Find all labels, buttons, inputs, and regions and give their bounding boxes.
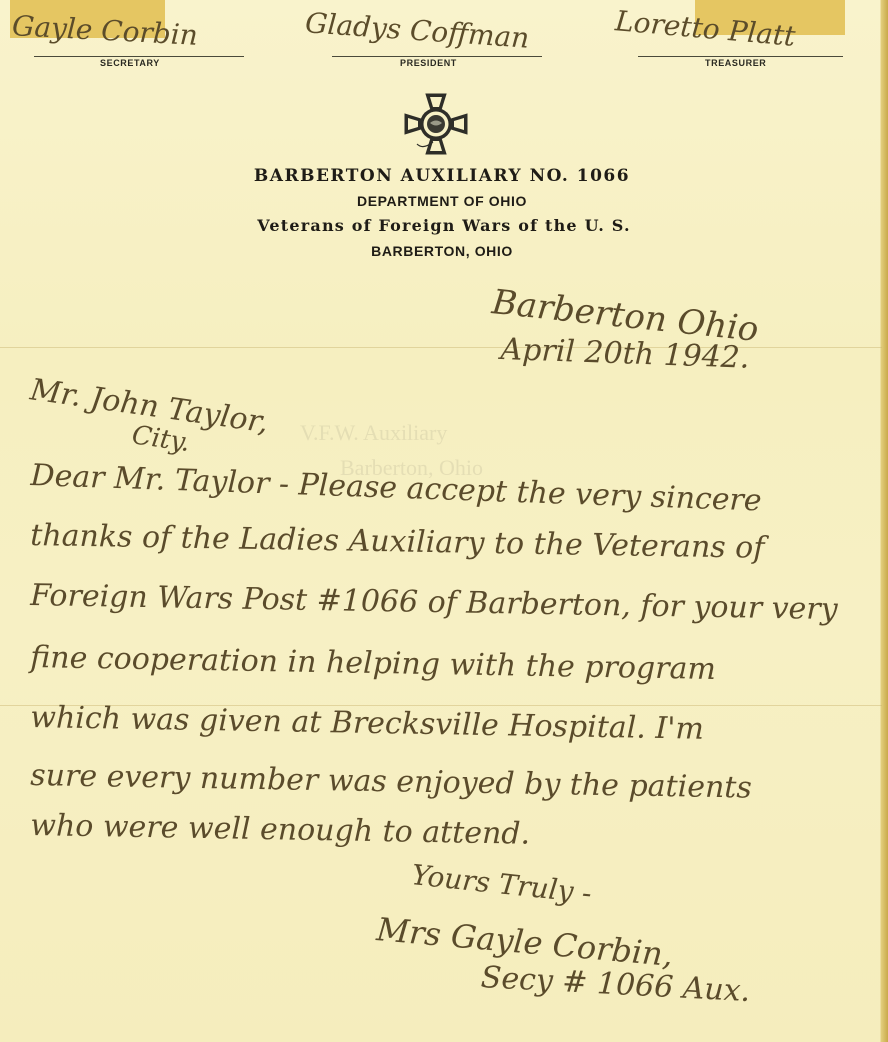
officer-role: TREASURER [705,58,766,68]
letterhead-city: BARBERTON, OHIO [0,243,886,259]
letterhead-department: DEPARTMENT OF OHIO [0,193,886,209]
letterhead-title: BARBERTON AUXILIARY NO. 1066 [0,166,886,186]
signature-line [34,56,244,57]
letterhead-organization: Veterans of Foreign Wars of the U. S. [0,216,888,235]
signature-line [638,56,843,57]
officer-role: SECRETARY [100,58,160,68]
bleed-through-text: V.F.W. Auxiliary [300,420,447,446]
signature-line [332,56,542,57]
officer-role: PRESIDENT [400,58,457,68]
vfw-cross-emblem-icon [403,92,469,156]
